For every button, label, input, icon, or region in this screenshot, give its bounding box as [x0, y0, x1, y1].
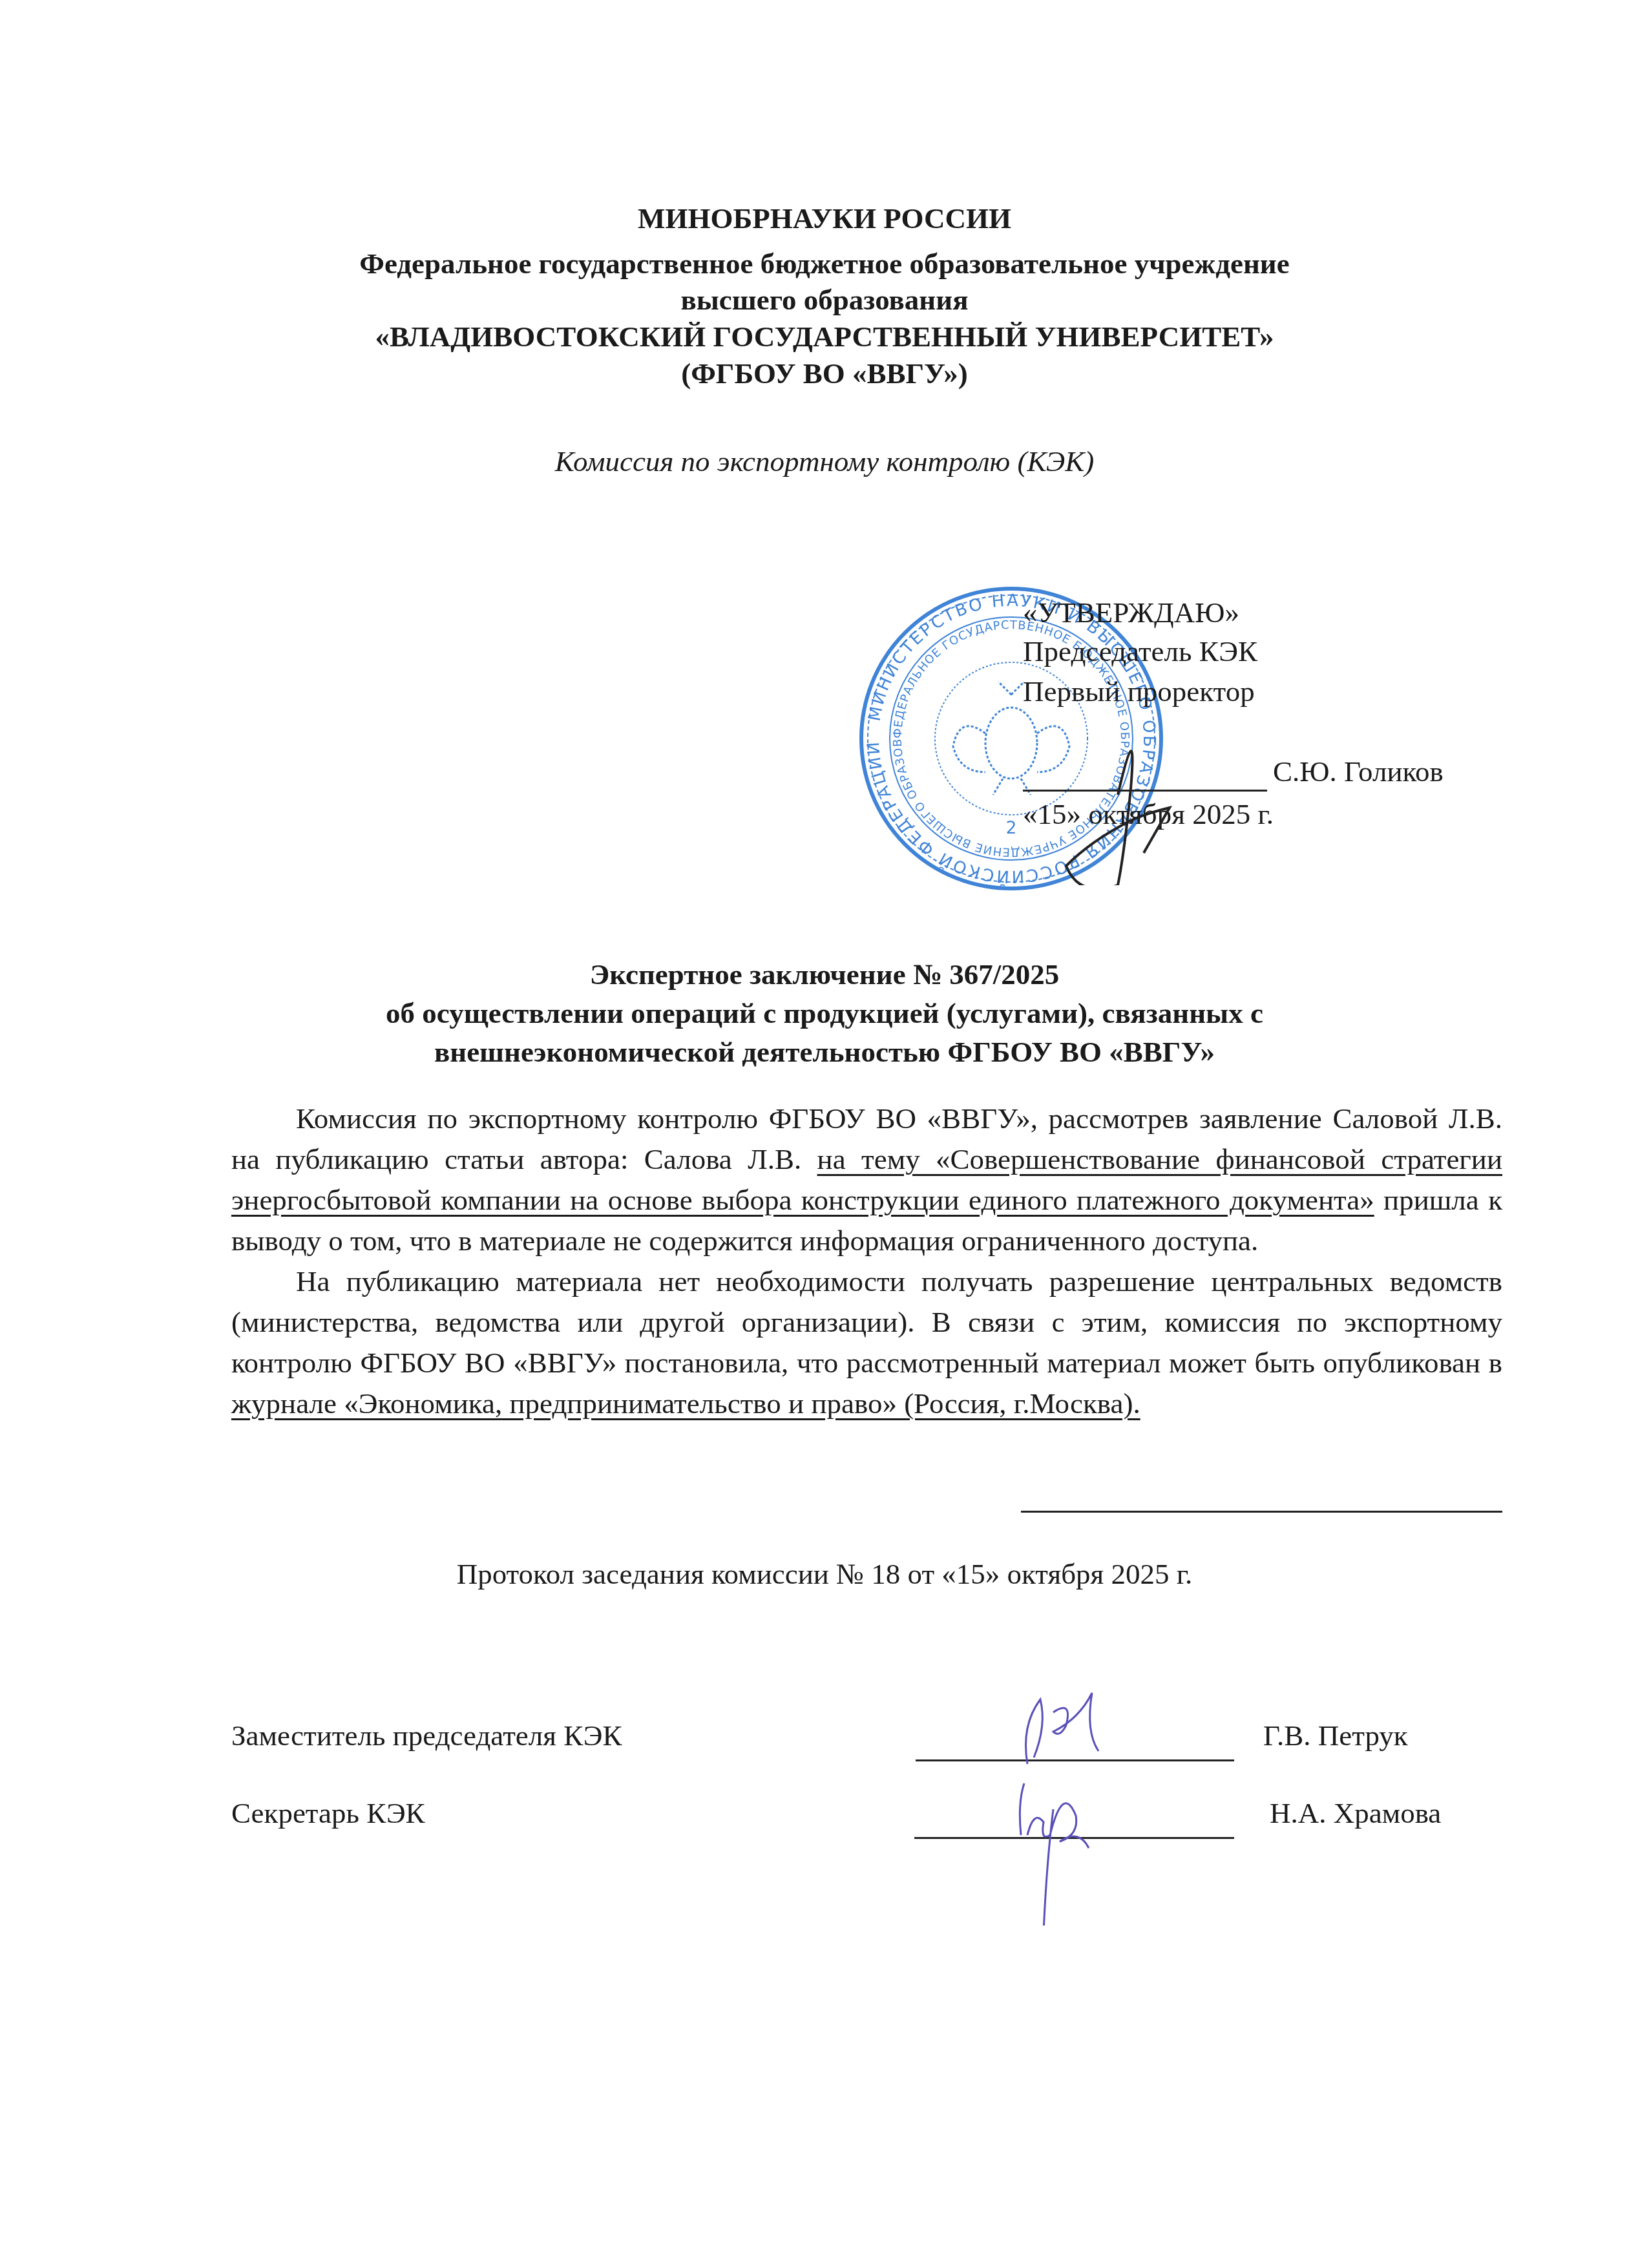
approval-date: «15» октября 2025 г. [1023, 795, 1274, 834]
stamp-number: 2 [1006, 819, 1017, 838]
signature-line-secretary [914, 1837, 1234, 1839]
approve-label: «УТВЕРЖДАЮ» [1023, 593, 1239, 632]
protocol-line: Протокол заседания комиссии № 18 от «15»… [0, 1557, 1649, 1591]
paragraph-2: На публикацию материала нет необходимост… [231, 1261, 1502, 1424]
approver-role-2: Первый проректор [1023, 672, 1255, 711]
commission-name: Комиссия по экспортному контролю (КЭК) [0, 445, 1649, 478]
conclusion-subtitle-1: об осуществлении операций с продукцией (… [0, 994, 1649, 1033]
journal-underline-filler [1021, 1511, 1502, 1513]
university-abbr: (ФГБОУ ВО «ВВГУ») [0, 355, 1649, 392]
signature-name-deputy: Г.В. Петрук [1263, 1719, 1408, 1752]
paragraph-2-text: На публикацию материала нет необходимост… [231, 1265, 1502, 1379]
signature-role-secretary: Секретарь КЭК [231, 1796, 425, 1830]
signature-role-deputy: Заместитель председателя КЭК [231, 1719, 622, 1752]
paragraph-1: Комиссия по экспортному контролю ФГБОУ В… [231, 1098, 1502, 1261]
secretary-signature-icon [1008, 1758, 1137, 1926]
signature-name-secretary: Н.А. Храмова [1270, 1796, 1441, 1830]
institution-line-1: Федеральное государственное бюджетное об… [0, 246, 1649, 282]
approver-role-1: Председатель КЭК [1023, 632, 1257, 671]
ministry-header: МИНОБРНАУКИ РОССИИ [0, 200, 1649, 236]
conclusion-subtitle-2: внешнеэкономической деятельностью ФГБОУ … [0, 1033, 1649, 1071]
conclusion-body: Комиссия по экспортному контролю ФГБОУ В… [231, 1098, 1502, 1424]
university-name: «ВЛАДИВОСТОКСКИЙ ГОСУДАРСТВЕННЫЙ УНИВЕРС… [0, 319, 1649, 355]
conclusion-title: Экспертное заключение № 367/2025 [0, 955, 1649, 994]
signature-line-deputy [916, 1759, 1234, 1761]
approver-name: С.Ю. Голиков [1273, 755, 1444, 788]
deputy-signature-icon [1008, 1680, 1137, 1777]
institution-line-2: высшего образования [0, 282, 1649, 318]
approver-signature-line [1023, 790, 1267, 792]
journal-name: журнале «Экономика, предпринимательство … [231, 1387, 1140, 1420]
